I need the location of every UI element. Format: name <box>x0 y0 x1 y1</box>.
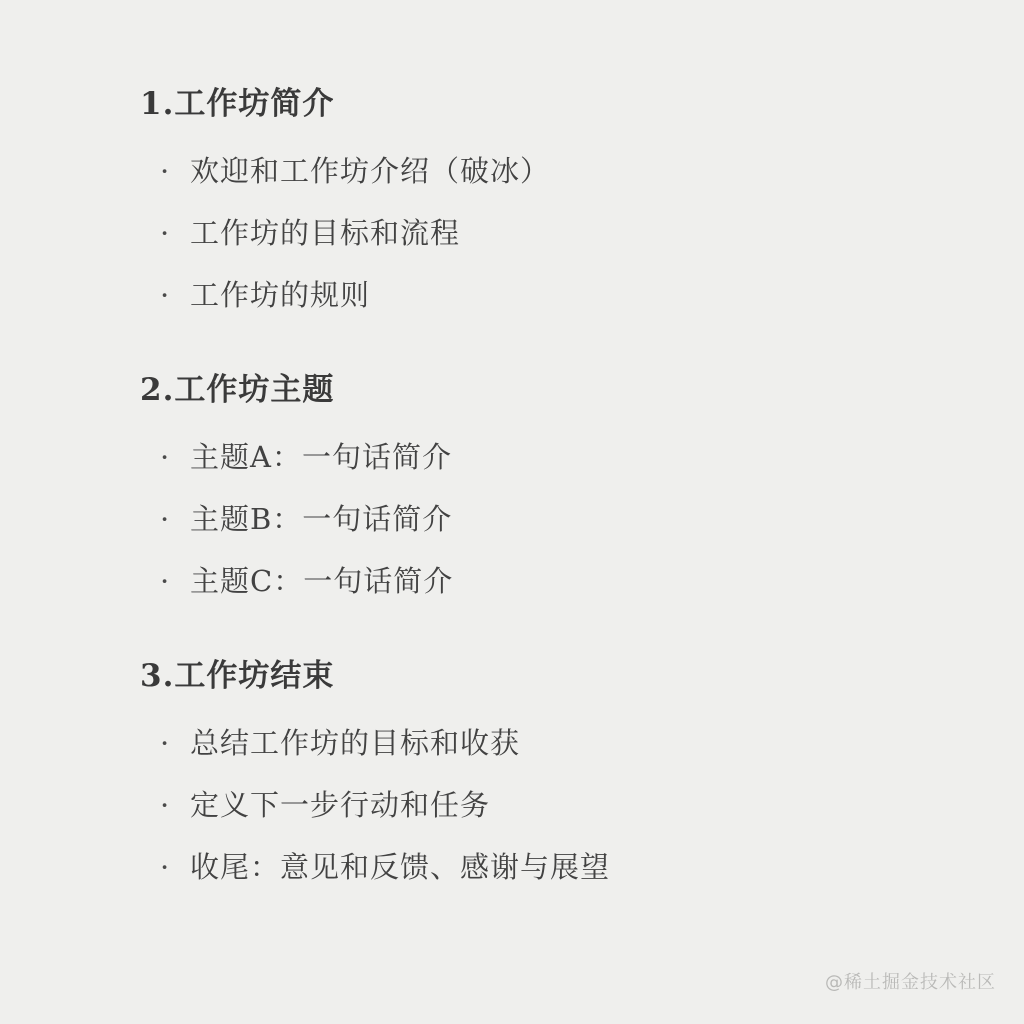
section-workshop-intro: 1.工作坊简介 · 欢迎和工作坊介绍（破冰） · 工作坊的目标和流程 · 工作坊… <box>140 84 964 314</box>
list-item-text: 主题B：一句话简介 <box>190 500 964 538</box>
list-item: · 总结工作坊的目标和收获 <box>140 724 964 762</box>
list-item: · 定义下一步行动和任务 <box>140 786 964 824</box>
section-title: 3.工作坊结束 <box>140 656 964 696</box>
section-title: 2.工作坊主题 <box>140 370 964 410</box>
list-item-text: 工作坊的规则 <box>190 276 964 314</box>
list-item: · 主题A：一句话简介 <box>140 438 964 476</box>
bullet-icon: · <box>160 276 190 314</box>
section-title: 1.工作坊简介 <box>140 84 964 124</box>
list-item: · 收尾：意见和反馈、感谢与展望 <box>140 848 964 886</box>
section-workshop-topics: 2.工作坊主题 · 主题A：一句话简介 · 主题B：一句话简介 · 主题C：一句… <box>140 370 964 600</box>
section-workshop-closing: 3.工作坊结束 · 总结工作坊的目标和收获 · 定义下一步行动和任务 · 收尾：… <box>140 656 964 886</box>
bullet-icon: · <box>160 500 190 538</box>
list-item: · 主题B：一句话简介 <box>140 500 964 538</box>
bullet-icon: · <box>160 214 190 252</box>
list-item: · 工作坊的规则 <box>140 276 964 314</box>
list-item-text: 收尾：意见和反馈、感谢与展望 <box>190 848 964 886</box>
bullet-icon: · <box>160 438 190 476</box>
bullet-icon: · <box>160 848 190 886</box>
list-item-text: 定义下一步行动和任务 <box>190 786 964 824</box>
list-item-text: 工作坊的目标和流程 <box>190 214 964 252</box>
bullet-icon: · <box>160 562 190 600</box>
watermark: @稀土掘金技术社区 <box>825 968 996 994</box>
list-item: · 主题C：一句话简介 <box>140 562 964 600</box>
list-item: · 欢迎和工作坊介绍（破冰） <box>140 152 964 190</box>
bullet-icon: · <box>160 786 190 824</box>
bullet-icon: · <box>160 724 190 762</box>
list-item: · 工作坊的目标和流程 <box>140 214 964 252</box>
list-item-text: 主题C：一句话简介 <box>190 562 964 600</box>
list-item-text: 主题A：一句话简介 <box>190 438 964 476</box>
list-item-text: 欢迎和工作坊介绍（破冰） <box>190 152 964 190</box>
list-item-text: 总结工作坊的目标和收获 <box>190 724 964 762</box>
workshop-agenda-page: 1.工作坊简介 · 欢迎和工作坊介绍（破冰） · 工作坊的目标和流程 · 工作坊… <box>0 0 1024 1024</box>
bullet-icon: · <box>160 152 190 190</box>
